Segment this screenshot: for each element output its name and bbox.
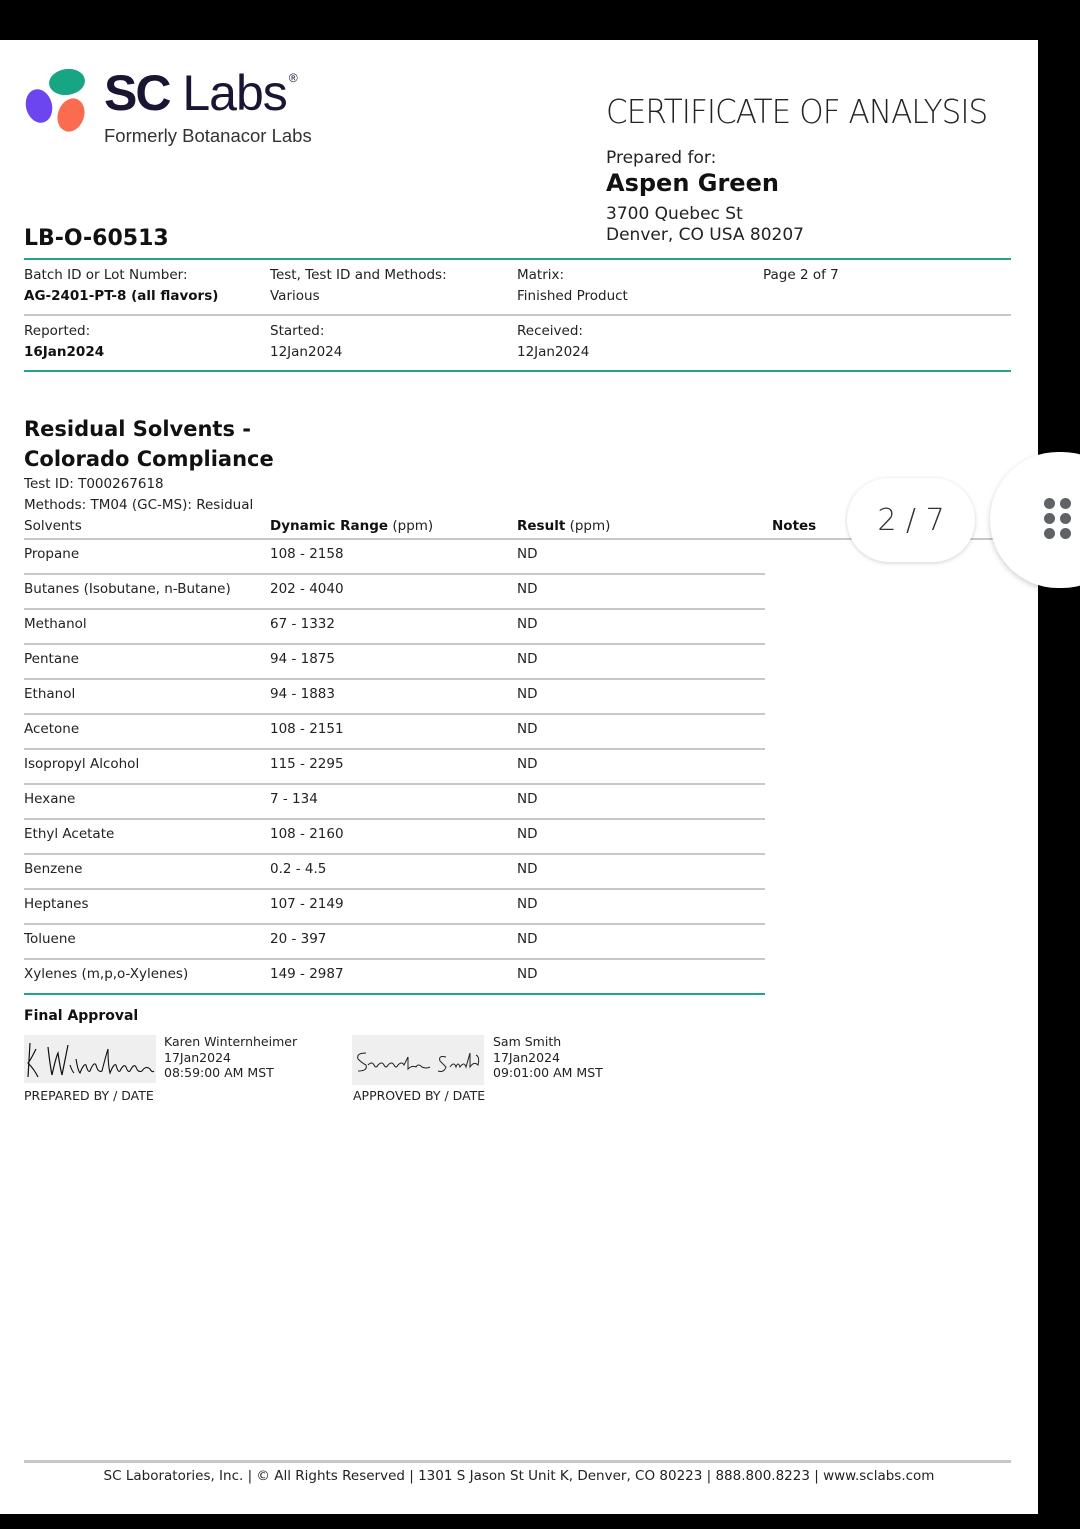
table-row: Ethanol94 - 1883ND	[24, 680, 765, 715]
dynamic-range: 149 - 2987	[270, 966, 344, 982]
batch-info: Batch ID or Lot Number: AG-2401-PT-8 (al…	[24, 265, 218, 307]
column-header-result: Result (ppm)	[517, 518, 610, 534]
table-row: Isopropyl Alcohol115 - 2295ND	[24, 750, 765, 785]
approver-signature	[352, 1035, 484, 1085]
analyte-name: Xylenes (m,p,o-Xylenes)	[24, 966, 188, 982]
dynamic-range: 20 - 397	[270, 931, 326, 947]
test-id: Test ID: T000267618	[24, 476, 164, 492]
table-row: Butanes (Isobutane, n-Butane)202 - 4040N…	[24, 575, 765, 610]
table-row: Benzene0.2 - 4.5ND	[24, 855, 765, 890]
signature-icon	[352, 1035, 484, 1085]
column-header-notes: Notes	[772, 518, 816, 534]
dynamic-range: 0.2 - 4.5	[270, 861, 326, 877]
analyte-name: Toluene	[24, 931, 76, 947]
result-value: ND	[517, 791, 538, 807]
table-row: Toluene20 - 397ND	[24, 925, 765, 960]
dynamic-range: 67 - 1332	[270, 616, 335, 632]
footer-divider	[24, 1460, 1011, 1463]
client-name: Aspen Green	[606, 169, 779, 197]
analyte-name: Propane	[24, 546, 79, 562]
sc-labs-logo: SC Labs® Formerly Botanacor Labs	[24, 68, 324, 158]
analyte-name: Heptanes	[24, 896, 89, 912]
analyte-name: Methanol	[24, 616, 87, 632]
prepared-for-label: Prepared for:	[606, 148, 716, 168]
column-header-range: Dynamic Range (ppm)	[270, 518, 433, 534]
signature-icon	[24, 1035, 156, 1083]
dynamic-range: 94 - 1883	[270, 686, 335, 702]
matrix-info: Matrix: Finished Product	[517, 265, 628, 307]
result-value: ND	[517, 931, 538, 947]
analyte-name: Acetone	[24, 721, 79, 737]
received-info: Received: 12Jan2024	[517, 321, 589, 363]
drag-dots-icon	[1044, 498, 1072, 540]
preparer-details: Karen Winternheimer 17Jan2024 08:59:00 A…	[164, 1034, 297, 1081]
logo-mark-icon	[24, 68, 90, 138]
row-divider	[24, 993, 765, 995]
analyte-name: Pentane	[24, 651, 79, 667]
analyte-name: Hexane	[24, 791, 75, 807]
footer-text: SC Laboratories, Inc. | © All Rights Res…	[0, 1468, 1038, 1484]
dynamic-range: 108 - 2160	[270, 826, 344, 842]
section-title: Residual Solvents - Colorado Compliance	[24, 414, 274, 474]
table-row: Hexane7 - 134ND	[24, 785, 765, 820]
dynamic-range: 7 - 134	[270, 791, 318, 807]
approver-details: Sam Smith 17Jan2024 09:01:00 AM MST	[493, 1034, 603, 1081]
client-address-line1: 3700 Quebec St	[606, 204, 743, 224]
dynamic-range: 108 - 2158	[270, 546, 344, 562]
table-row: Propane108 - 2158ND	[24, 540, 765, 575]
dynamic-range: 115 - 2295	[270, 756, 344, 772]
page-indicator[interactable]: 2 / 7	[847, 478, 975, 562]
methods-line1: Methods: TM04 (GC-MS): Residual	[24, 497, 253, 513]
document-page: SC Labs® Formerly Botanacor Labs CERTIFI…	[0, 40, 1038, 1514]
divider	[24, 314, 1011, 316]
result-value: ND	[517, 966, 538, 982]
dynamic-range: 107 - 2149	[270, 896, 344, 912]
lab-id: LB-O-60513	[24, 226, 169, 251]
methods-line2: Solvents	[24, 518, 82, 534]
dynamic-range: 202 - 4040	[270, 581, 344, 597]
table-row: Ethyl Acetate108 - 2160ND	[24, 820, 765, 855]
table-row: Methanol67 - 1332ND	[24, 610, 765, 645]
result-value: ND	[517, 756, 538, 772]
analyte-name: Butanes (Isobutane, n-Butane)	[24, 581, 231, 597]
divider	[24, 370, 1011, 372]
table-row: Pentane94 - 1875ND	[24, 645, 765, 680]
analyte-name: Ethanol	[24, 686, 75, 702]
result-value: ND	[517, 826, 538, 842]
result-value: ND	[517, 686, 538, 702]
preparer-role: PREPARED BY / DATE	[24, 1088, 154, 1103]
result-value: ND	[517, 896, 538, 912]
client-address-line2: Denver, CO USA 80207	[606, 225, 804, 245]
page-number: Page 2 of 7	[763, 265, 839, 286]
result-value: ND	[517, 581, 538, 597]
dynamic-range: 108 - 2151	[270, 721, 344, 737]
logo-subtitle: Formerly Botanacor Labs	[104, 125, 312, 147]
result-value: ND	[517, 616, 538, 632]
preparer-signature	[24, 1035, 156, 1083]
document-title: CERTIFICATE OF ANALYSIS	[606, 92, 987, 131]
final-approval-title: Final Approval	[24, 1008, 138, 1024]
reported-info: Reported: 16Jan2024	[24, 321, 104, 363]
analyte-name: Isopropyl Alcohol	[24, 756, 139, 772]
result-value: ND	[517, 651, 538, 667]
approver-role: APPROVED BY / DATE	[353, 1088, 485, 1103]
table-row: Xylenes (m,p,o-Xylenes)149 - 2987ND	[24, 960, 765, 995]
table-row: Acetone108 - 2151ND	[24, 715, 765, 750]
result-value: ND	[517, 861, 538, 877]
started-info: Started: 12Jan2024	[270, 321, 342, 363]
dynamic-range: 94 - 1875	[270, 651, 335, 667]
analyte-name: Benzene	[24, 861, 82, 877]
table-row: Heptanes107 - 2149ND	[24, 890, 765, 925]
analyte-name: Ethyl Acetate	[24, 826, 114, 842]
result-value: ND	[517, 546, 538, 562]
logo-wordmark: SC Labs®	[104, 68, 297, 118]
test-info: Test, Test ID and Methods: Various	[270, 265, 447, 307]
divider	[24, 258, 1011, 260]
result-value: ND	[517, 721, 538, 737]
